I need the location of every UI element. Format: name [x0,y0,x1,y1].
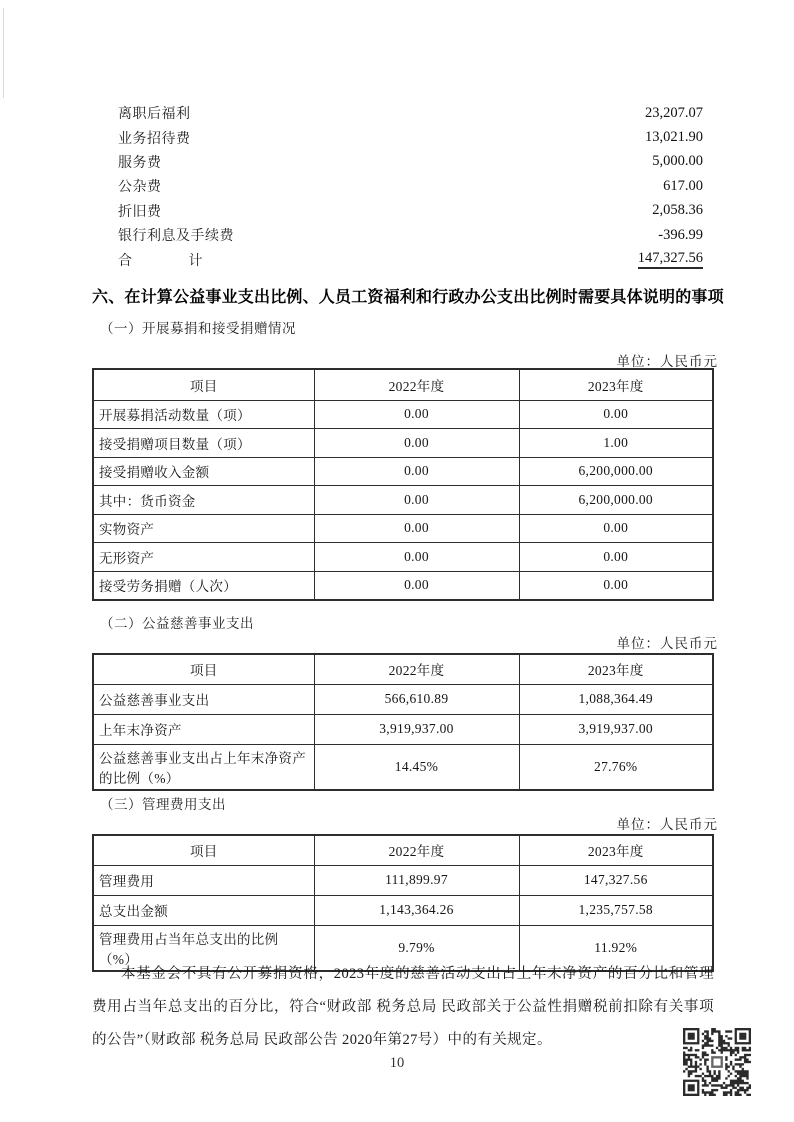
table-cell: 0.00 [519,400,713,429]
table-cell: 管理费用 [93,865,314,895]
expense-total-label-left: 合 [118,250,133,270]
column-header: 2022年度 [314,835,519,865]
table-row: 无形资产 0.00 0.00 [93,543,713,572]
unit-label-1: 单位：人民币元 [617,350,719,370]
table-cell: 1.00 [519,429,713,458]
table-cell: 上年末净资产 [93,714,314,744]
table-row: 公益慈善事业支出占上年末净资产的比例（%） 14.45% 27.76% [93,744,713,790]
table-cell: 1,143,364.26 [314,895,519,925]
table-header-row: 项目 2022年度 2023年度 [93,835,713,865]
table-cell: 6,200,000.00 [519,457,713,486]
table-row: 接受捐赠收入金额 0.00 6,200,000.00 [93,457,713,486]
table-cell: 147,327.56 [519,865,713,895]
table-cell: 接受捐赠收入金额 [93,457,314,486]
expense-amount: 5,000.00 [652,153,703,170]
table-cell: 0.00 [314,543,519,572]
donation-table: 项目 2022年度 2023年度 开展募捐活动数量（项） 0.00 0.00 接… [92,368,714,601]
column-header: 项目 [93,654,314,684]
qr-code [683,1028,751,1096]
table-cell: 14.45% [314,744,519,790]
unit-label-3: 单位：人民币元 [617,813,719,833]
table-cell: 0.00 [314,571,519,600]
table-cell: 0.00 [314,429,519,458]
expense-label: 服务费 [118,152,162,172]
expense-label: 公杂费 [118,176,162,196]
table-cell: 0.00 [519,514,713,543]
expense-label: 离职后福利 [118,103,191,123]
page-number: 10 [0,1055,794,1072]
table-cell: 0.00 [314,457,519,486]
column-header: 2023年度 [519,654,713,684]
expense-total-label: 合 计 [118,250,203,270]
expense-label: 折旧费 [118,201,162,221]
table-header-row: 项目 2022年度 2023年度 [93,369,713,400]
column-header: 2023年度 [519,835,713,865]
table-row: 接受捐赠项目数量（项） 0.00 1.00 [93,429,713,458]
table-cell: 0.00 [519,571,713,600]
closing-paragraph: 本基金会不具有公开募捐资格，2023年度的慈善活动支出占上年末净资产的百分比和管… [92,958,714,1057]
table-cell: 0.00 [519,543,713,572]
table-cell: 0.00 [314,400,519,429]
table-cell: 566,610.89 [314,684,519,714]
expense-total-row: 合 计 147,327.56 [118,247,703,271]
table-cell: 实物资产 [93,514,314,543]
table-row: 开展募捐活动数量（项） 0.00 0.00 [93,400,713,429]
table-cell: 0.00 [314,486,519,515]
table-cell: 1,235,757.58 [519,895,713,925]
subsection-title-2: （二）公益慈善事业支出 [100,612,254,632]
table-cell: 0.00 [314,514,519,543]
table-cell: 公益慈善事业支出 [93,684,314,714]
expense-amount: 617.00 [663,178,703,195]
subsection-title-3: （三）管理费用支出 [100,793,226,813]
charity-expense-table: 项目 2022年度 2023年度 公益慈善事业支出 566,610.89 1,0… [92,653,714,791]
table-cell: 无形资产 [93,543,314,572]
column-header: 2022年度 [314,654,519,684]
expense-row: 业务招待费 13,021.90 [118,125,703,149]
table-cell: 公益慈善事业支出占上年末净资产的比例（%） [93,744,314,790]
expense-amount: 13,021.90 [645,129,703,146]
expense-amount: -396.99 [658,227,703,244]
table-cell: 其中：货币资金 [93,486,314,515]
table-row: 公益慈善事业支出 566,610.89 1,088,364.49 [93,684,713,714]
section-heading: 六、在计算公益事业支出比例、人员工资福利和行政办公支出比例时需要具体说明的事项 [92,288,724,308]
expense-list: 离职后福利 23,207.07 业务招待费 13,021.90 服务费 5,00… [118,101,703,272]
table-cell: 3,919,937.00 [519,714,713,744]
table-cell: 3,919,937.00 [314,714,519,744]
expense-row: 离职后福利 23,207.07 [118,101,703,125]
table-row: 其中：货币资金 0.00 6,200,000.00 [93,486,713,515]
table-cell: 6,200,000.00 [519,486,713,515]
table-row: 管理费用 111,899.97 147,327.56 [93,865,713,895]
table-row: 实物资产 0.00 0.00 [93,514,713,543]
scan-edge-artifact [3,8,4,98]
expense-amount: 23,207.07 [645,105,703,122]
unit-label-2: 单位：人民币元 [617,632,719,652]
table-header-row: 项目 2022年度 2023年度 [93,654,713,684]
expense-label: 银行利息及手续费 [118,225,234,245]
subsection-title-1: （一）开展募捐和接受捐赠情况 [100,317,296,337]
column-header: 项目 [93,369,314,400]
table-cell: 111,899.97 [314,865,519,895]
expense-row: 银行利息及手续费 -396.99 [118,223,703,247]
document-page: 离职后福利 23,207.07 业务招待费 13,021.90 服务费 5,00… [0,0,794,1122]
expense-row: 服务费 5,000.00 [118,150,703,174]
expense-row: 折旧费 2,058.36 [118,199,703,223]
column-header: 2022年度 [314,369,519,400]
expense-amount: 2,058.36 [652,202,703,219]
table-cell: 开展募捐活动数量（项） [93,400,314,429]
column-header: 项目 [93,835,314,865]
table-cell: 接受捐赠项目数量（项） [93,429,314,458]
expense-row: 公杂费 617.00 [118,174,703,198]
table-cell: 27.76% [519,744,713,790]
table-row: 上年末净资产 3,919,937.00 3,919,937.00 [93,714,713,744]
expense-total-amount: 147,327.56 [638,250,703,269]
column-header: 2023年度 [519,369,713,400]
table-cell: 1,088,364.49 [519,684,713,714]
table-cell: 总支出金额 [93,895,314,925]
expense-total-label-right: 计 [189,250,204,270]
admin-expense-table: 项目 2022年度 2023年度 管理费用 111,899.97 147,327… [92,834,714,972]
table-cell: 接受劳务捐赠（人次） [93,571,314,600]
expense-label: 业务招待费 [118,128,191,148]
table-row: 总支出金额 1,143,364.26 1,235,757.58 [93,895,713,925]
table-row: 接受劳务捐赠（人次） 0.00 0.00 [93,571,713,600]
